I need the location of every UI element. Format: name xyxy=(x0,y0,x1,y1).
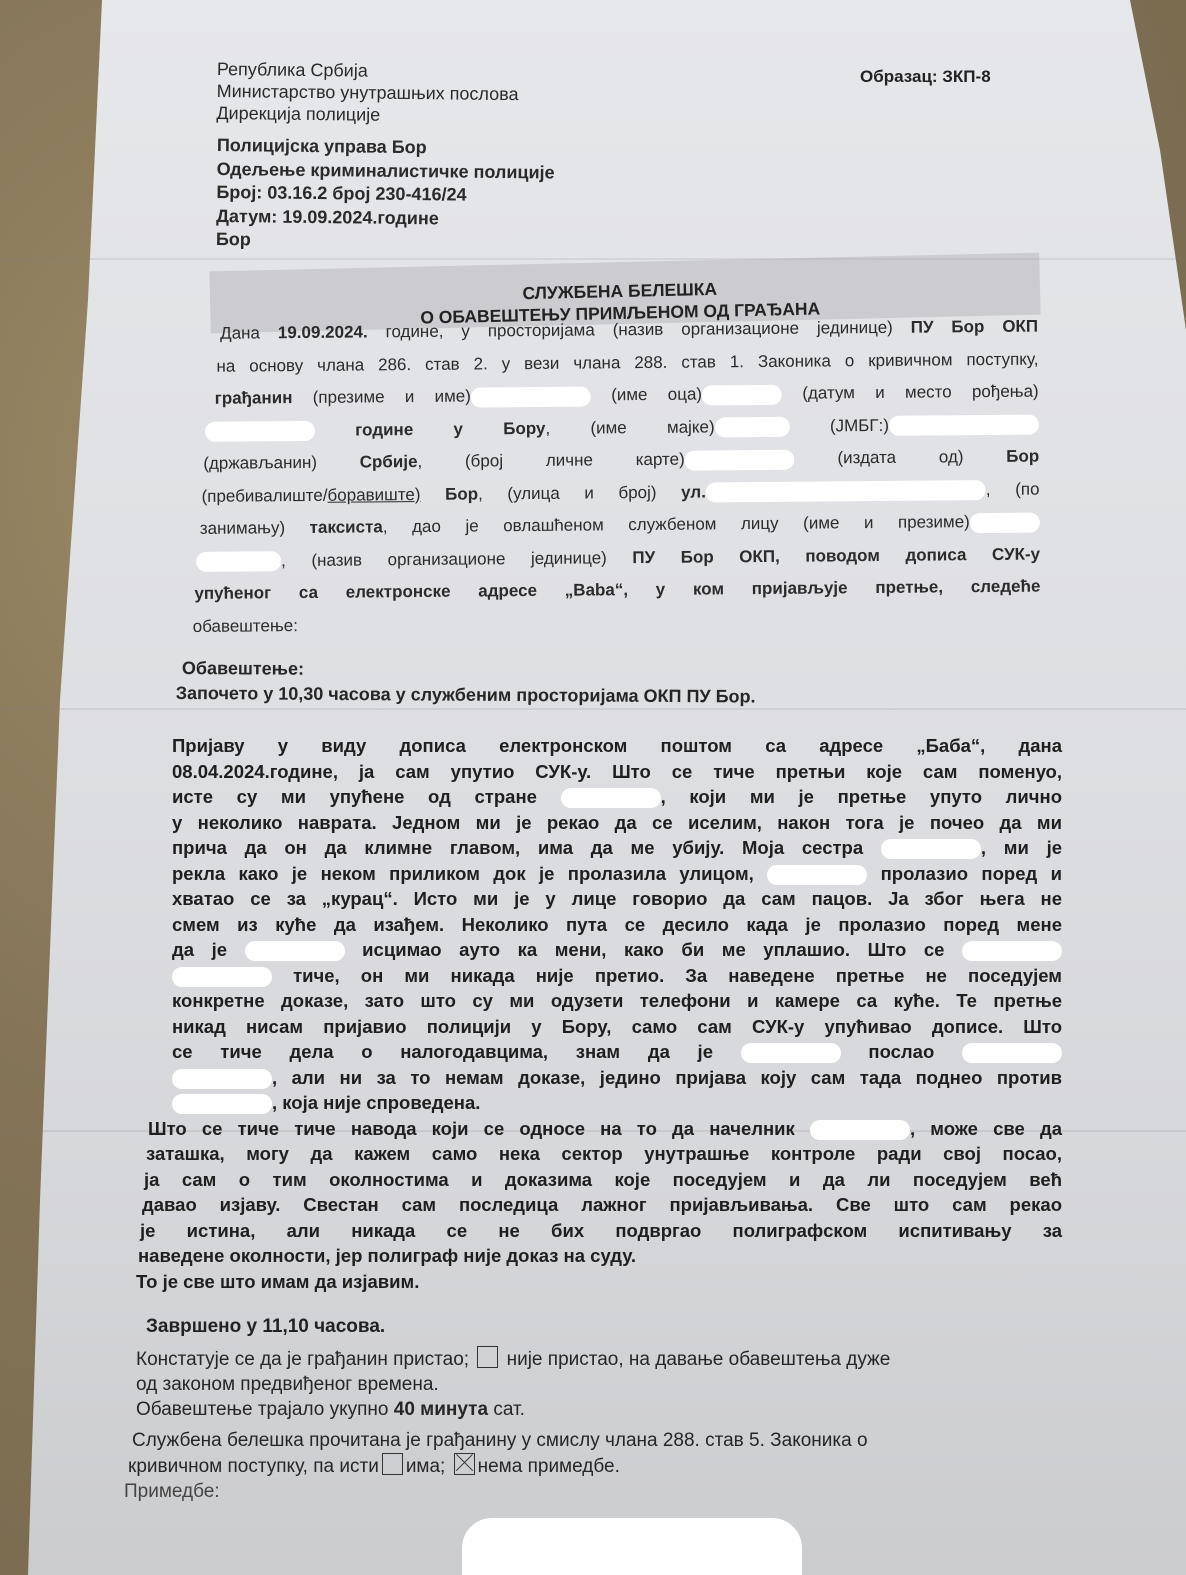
redacted-birth-date xyxy=(205,421,315,442)
text: хватао се за „курац“. Исто ми је у лице … xyxy=(172,888,1062,909)
document-place: Бор xyxy=(216,228,554,255)
text: , који ми је претње упуто лично xyxy=(661,786,1062,807)
statement-line: хватао се за „курац“. Исто ми је у лице … xyxy=(172,886,1062,912)
text: , ми је xyxy=(981,837,1062,858)
redacted-address xyxy=(706,480,986,502)
statement-line: , која није спроведена. xyxy=(172,1090,1062,1116)
statement-line: у неколико наврата. Једном ми је рекао д… xyxy=(172,810,1062,836)
redacted-name xyxy=(172,1094,272,1114)
text: давао изјаву. Свестан сам последица лажн… xyxy=(142,1194,1062,1215)
redacted-mother-name xyxy=(715,417,790,438)
text: То је све што имам да изјавим. xyxy=(136,1271,419,1292)
header-unit-block: Полицијска управа Бор Одељење криминалис… xyxy=(216,134,555,255)
text: исцимао ауто ка мени, како би ме уплашио… xyxy=(345,939,962,960)
statement-line: 08.04.2024.године, ја сам упутио СУК-у. … xyxy=(172,759,1062,785)
text: никад нисам пријавио полицији у Бору, са… xyxy=(172,1016,1062,1037)
text: да је xyxy=(172,939,245,960)
text: , (име мајке) xyxy=(545,417,714,437)
text: Што се тиче тиче навода који се односе н… xyxy=(148,1118,810,1139)
text: , али ни за то немам доказе, једино приј… xyxy=(272,1067,1062,1088)
text: заташка, могу да кажем само нека сектор … xyxy=(146,1143,1062,1164)
statement-line: исте су ми упућене од стране , који ми ј… xyxy=(172,784,1062,810)
text: прича да он да климне главом, има да ме … xyxy=(172,837,881,858)
text: Пријаву у виду дописа електронском пошто… xyxy=(172,735,1062,756)
redacted-name xyxy=(471,386,591,407)
text: се тиче дела о налогодавцима, знам да је xyxy=(172,1041,741,1062)
redacted-officer-name xyxy=(970,512,1040,533)
text: (име оца) xyxy=(591,385,702,405)
occupation: таксиста xyxy=(310,517,383,537)
redacted-signature xyxy=(462,1518,802,1575)
notice-start: Започето у 10,30 часова у службеним прос… xyxy=(176,681,756,710)
text: ја сам о тим околностима и доказима које… xyxy=(144,1169,1062,1190)
remarks-label: Примедбе: xyxy=(124,1479,1126,1504)
statement-line: То је све што имам да изјавим. xyxy=(136,1269,1062,1295)
text: је истина, али никада се не бих подвргао… xyxy=(140,1220,1062,1241)
document-number: Број: 03.16.2 број 230-416/24 xyxy=(216,181,554,208)
statement-line: Што се тиче тиче навода који се односе н… xyxy=(148,1116,1062,1142)
text: , поводом дописа СУК-у xyxy=(775,544,1040,565)
text: (пребивалиште/ xyxy=(201,485,327,505)
redacted-name xyxy=(561,788,661,808)
redacted-father-name xyxy=(702,384,782,405)
consent-line: Констатује се да је грађанин пристао; ни… xyxy=(136,1346,1126,1372)
birth-place: године у Бору xyxy=(355,418,545,439)
text: пролазио поред и xyxy=(867,863,1062,884)
issued-by: Бор xyxy=(1006,447,1039,466)
has-remarks-label: има; xyxy=(406,1456,446,1477)
statement-line: никад нисам пријавио полицији у Бору, са… xyxy=(172,1014,1062,1040)
text: (презиме и име) xyxy=(292,387,471,408)
redacted-name xyxy=(962,1043,1062,1063)
org-unit: ПУ Бор ОКП xyxy=(911,317,1039,337)
residence-underlined: боравиште) xyxy=(327,484,420,504)
text: , (број личне карте) xyxy=(417,450,684,471)
footer-block: Констатује се да је грађанин пристао; ни… xyxy=(136,1346,1126,1504)
text: смем из куће да изађем. Неколико пута се… xyxy=(172,914,1062,935)
remarks-choice-line: кривичном поступку, па истиима; нема при… xyxy=(128,1453,1126,1479)
text: тиче, он ми никада није претио. За навед… xyxy=(272,965,1062,986)
statement-line: заташка, могу да кажем само нека сектор … xyxy=(146,1141,1062,1167)
text: Обавештење трајало укупно xyxy=(136,1399,394,1420)
citizen-label: грађанин xyxy=(215,388,293,408)
text: кривичном поступку, па исти xyxy=(128,1456,379,1477)
text: рекла како је неком приликом док је прол… xyxy=(172,863,767,884)
statement-line: да је исцимао ауто ка мени, како би ме у… xyxy=(172,937,1062,963)
redacted-name xyxy=(172,1069,272,1089)
header-ministry-block: Република Србија Министарство унутрашњих… xyxy=(216,58,519,127)
text: занимању) xyxy=(200,518,310,538)
redacted-id-card xyxy=(685,449,795,470)
redacted-name xyxy=(741,1043,841,1063)
unit-name: Полицијска управа Бор xyxy=(217,134,555,161)
header-line: Дирекција полиције xyxy=(216,102,518,127)
text: Констатује се да је грађанин пристао; xyxy=(136,1349,469,1370)
statement-line: је истина, али никада се не бих подвргао… xyxy=(140,1218,1062,1244)
intro-paragraph: Дана 19.09.2024. године, у просторијама … xyxy=(188,311,1041,643)
text: Дана xyxy=(220,323,278,343)
redacted-name xyxy=(881,839,981,859)
text: , која није спроведена. xyxy=(272,1092,480,1113)
text: (ЈМБГ:) xyxy=(790,415,889,435)
text: , дао је овлашћеном службеном лицу (име … xyxy=(383,512,970,536)
text: , (назив организационе јединице) xyxy=(281,548,632,570)
text: (датум и место рођења) xyxy=(782,382,1039,403)
consent-line-2: од законом предвиђеног времена. xyxy=(136,1372,1126,1397)
statement-line: тиче, он ми никада није претио. За навед… xyxy=(172,963,1062,989)
text: 08.04.2024.године, ја сам упутио СУК-у. … xyxy=(172,761,1062,782)
duration-line: Обавештење трајало укупно 40 минута сат. xyxy=(136,1397,1126,1422)
read-line: Службена белешка прочитана је грађанину … xyxy=(132,1428,1126,1453)
residence: Бор xyxy=(420,484,478,504)
redacted-name xyxy=(172,967,272,987)
statement-line: конкретне доказе, зато што су ми одузети… xyxy=(172,988,1062,1014)
text: , (улица и број) xyxy=(478,482,681,503)
statement-line: Пријаву у виду дописа електронском пошто… xyxy=(172,733,1062,759)
text: (држављанин) xyxy=(203,453,360,473)
citizenship: Србије xyxy=(360,452,418,472)
statement-line: се тиче дела о налогодавцима, знам да је… xyxy=(172,1039,1062,1065)
header-line: Министарство унутрашњих послова xyxy=(217,80,519,105)
statement-line: давао изјаву. Свестан сам последица лажн… xyxy=(142,1192,1062,1218)
text: у неколико наврата. Једном ми је рекао д… xyxy=(172,812,1062,833)
statement-line: смем из куће да изађем. Неколико пута се… xyxy=(172,912,1062,938)
statement-block: Пријаву у виду дописа електронском пошто… xyxy=(172,733,1062,1294)
statement-line: наведене околности, јер полиграф није до… xyxy=(138,1243,1062,1269)
statement-line: , али ни за то немам доказе, једино приј… xyxy=(172,1065,1062,1091)
redacted-name xyxy=(245,941,345,961)
form-code: Образац: ЗКП-8 xyxy=(860,67,991,87)
statement-line: рекла како је неком приликом док је прол… xyxy=(172,861,1062,887)
header-line: Република Србија xyxy=(217,58,519,83)
street-label: ул. xyxy=(681,482,706,501)
text: (издата од) xyxy=(795,447,1007,468)
redacted-jmbg xyxy=(889,415,1039,436)
redacted-name xyxy=(767,865,867,885)
redacted-officer-surname xyxy=(196,551,281,572)
document-date: Датум: 19.09.2024.године xyxy=(216,204,554,231)
no-remarks-checkbox[interactable] xyxy=(454,1453,475,1475)
department-name: Одељење криминалистичке полиције xyxy=(217,157,555,184)
has-remarks-checkbox[interactable] xyxy=(382,1453,403,1475)
text: исте су ми упућене од стране xyxy=(172,786,561,807)
duration-value: 40 минута xyxy=(394,1399,488,1420)
not-consented-checkbox[interactable] xyxy=(477,1346,498,1368)
redacted-name xyxy=(810,1120,910,1140)
text: конкретне доказе, зато што су ми одузети… xyxy=(172,990,1062,1011)
org-unit: ПУ Бор ОКП xyxy=(632,546,775,566)
text: послао xyxy=(841,1041,962,1062)
statement-line: ја сам о тим околностима и доказима које… xyxy=(144,1167,1062,1193)
text: није пристао, на давање обавештења дуже xyxy=(507,1349,891,1370)
finished-time: Завршено у 11,10 часова. xyxy=(146,1316,385,1338)
text: , (по xyxy=(986,479,1040,498)
notice-block: Обавештење: Започето у 10,30 часова у сл… xyxy=(182,656,756,710)
no-remarks-label: нема примедбе. xyxy=(478,1456,620,1477)
statement-line: прича да он да климне главом, има да ме … xyxy=(172,835,1062,861)
notice-label: Обавештење: xyxy=(182,656,756,685)
redacted-name xyxy=(962,941,1062,961)
text: године, у просторијама (назив организаци… xyxy=(368,318,911,342)
text: , може све да xyxy=(910,1118,1062,1139)
text: наведене околности, јер полиграф није до… xyxy=(138,1245,636,1266)
text: сат. xyxy=(488,1399,525,1420)
meeting-date: 19.09.2024. xyxy=(278,322,368,342)
